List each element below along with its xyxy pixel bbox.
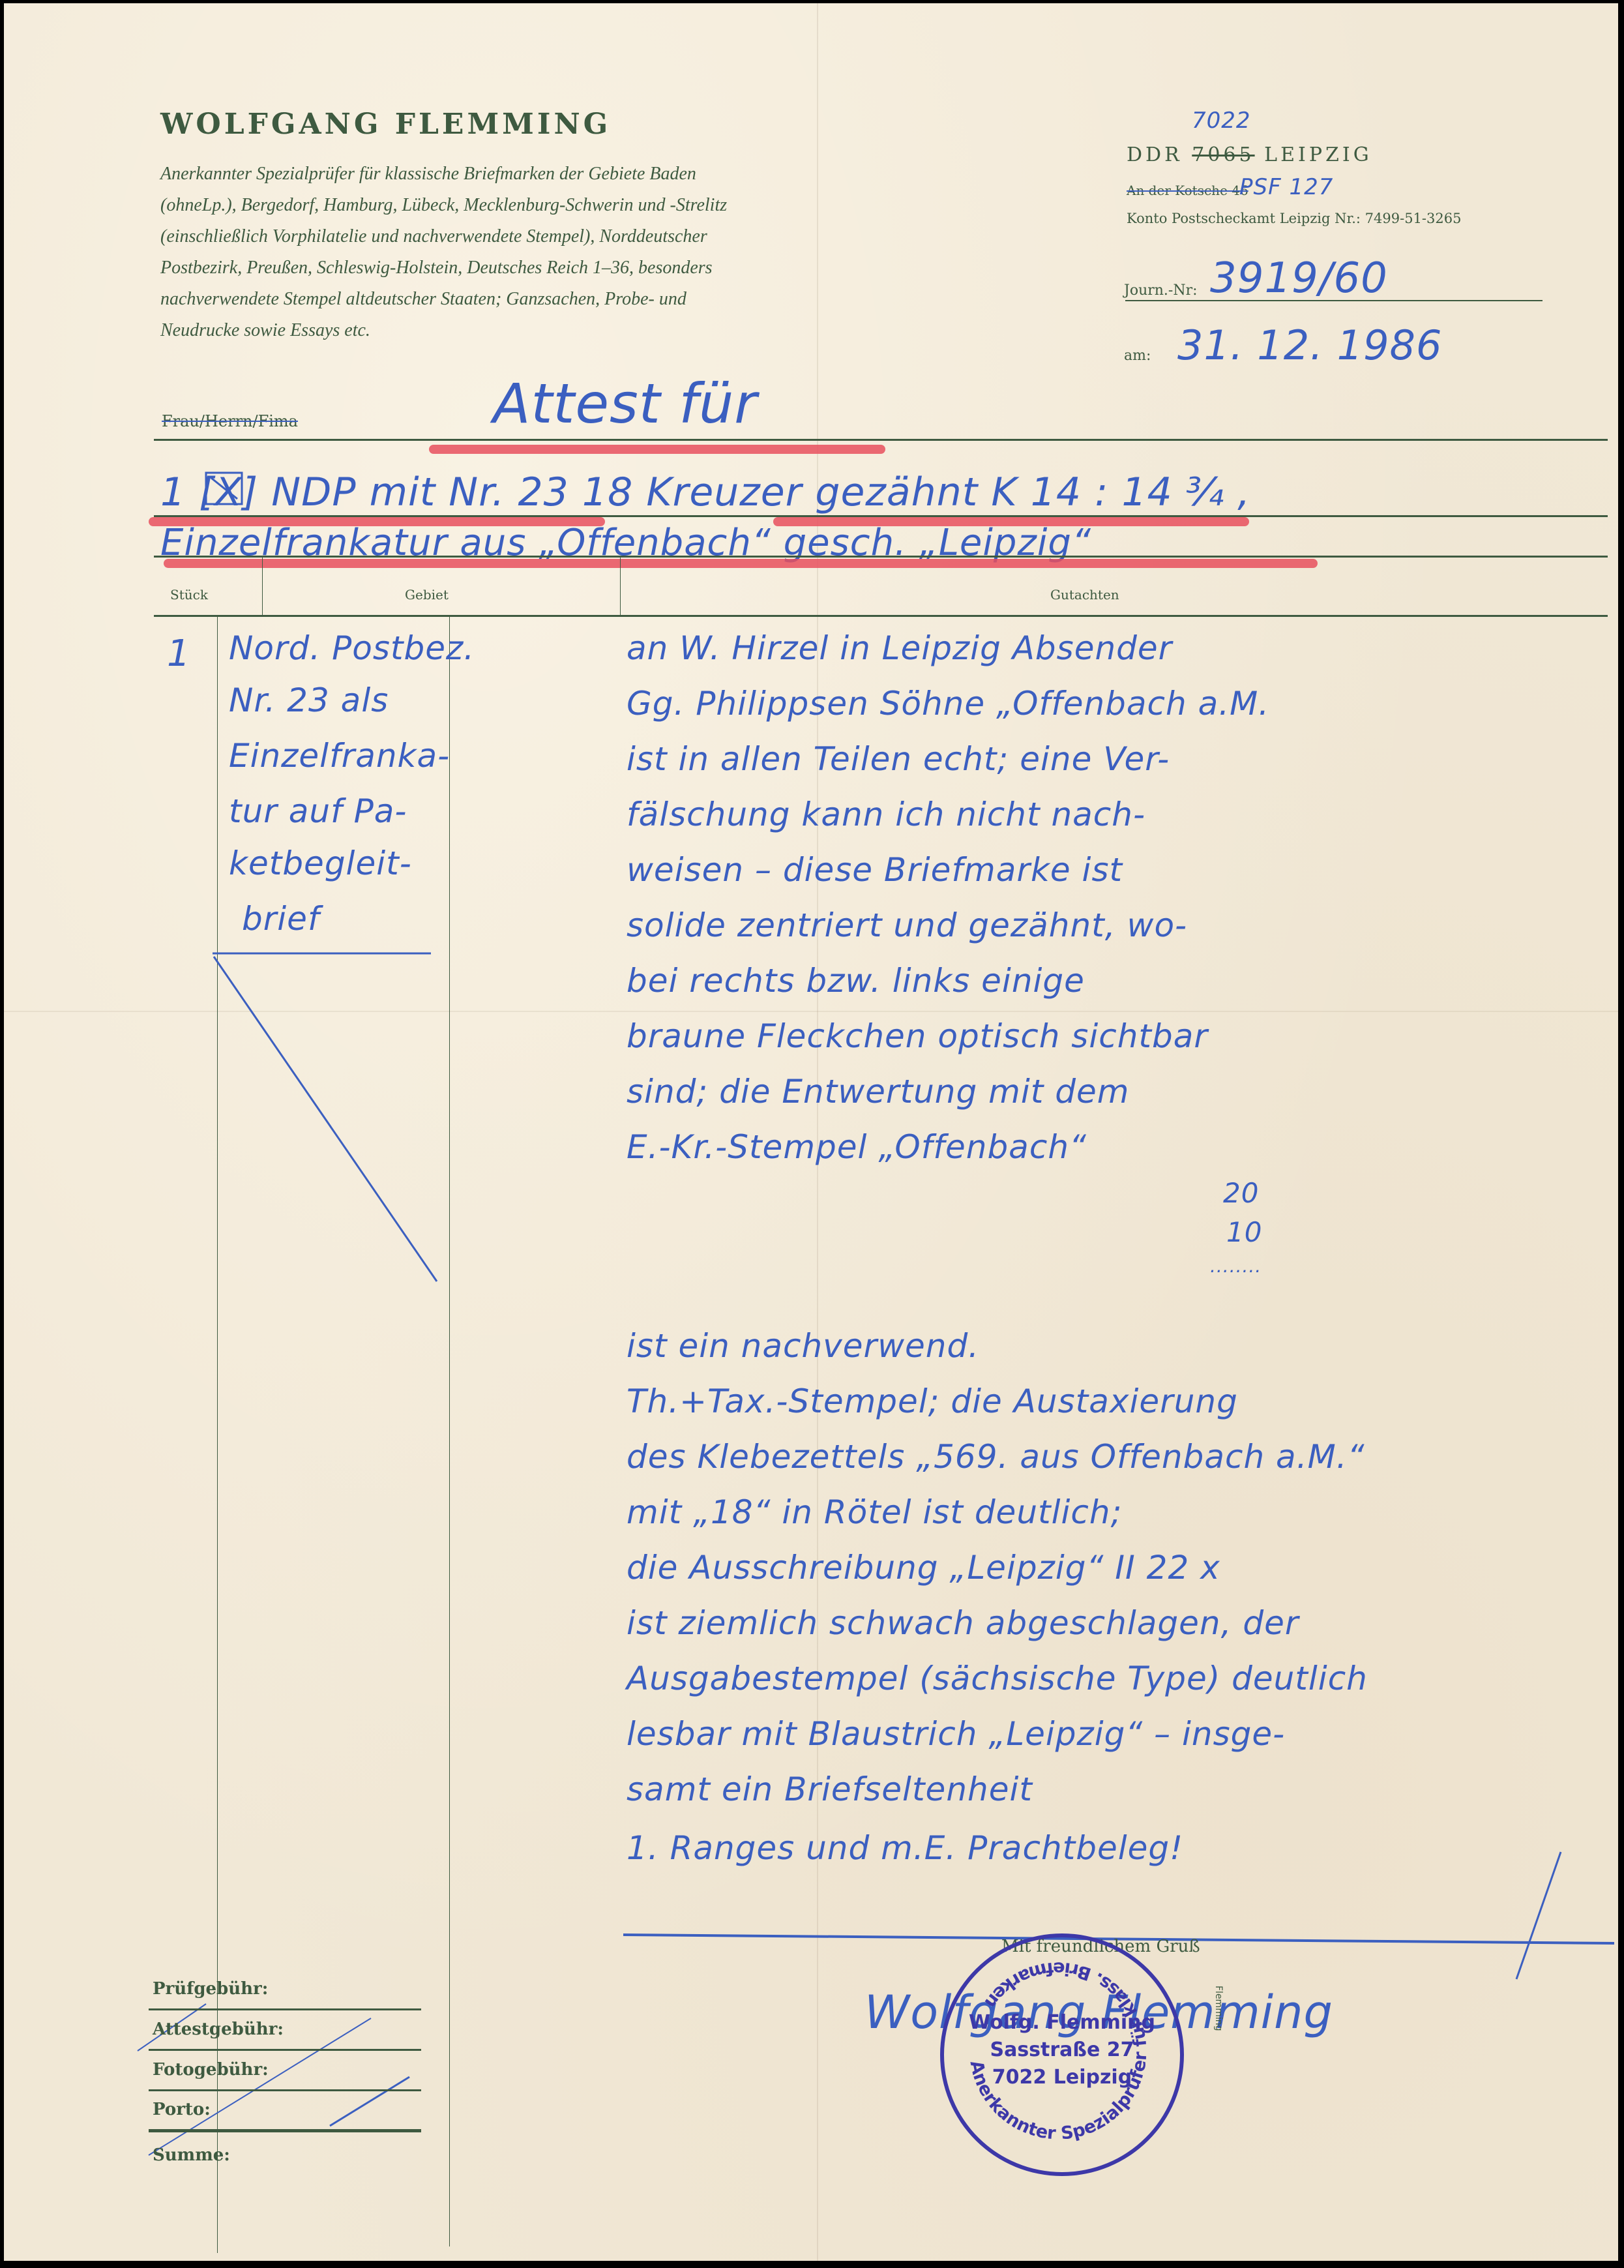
fee-pruefgebuehr: Prüfgebühr: [153, 1979, 268, 1999]
stamp-vertical-note: Flemming [1213, 1986, 1224, 2031]
fee-porto: Porto: [153, 2100, 211, 2119]
fee-rule [149, 2049, 421, 2051]
certificate-document: WOLFGANG FLEMMING Anerkannter Spezialprü… [4, 3, 1618, 2261]
stamp-address: Wolfg. Flemming Sasstraße 27 7022 Leipzi… [944, 2009, 1180, 2091]
stamp-city: 7022 Leipzig [944, 2064, 1180, 2091]
end-stroke [1516, 1852, 1561, 1979]
ink-strokes [4, 3, 1618, 2261]
fee-attestgebuehr: Attestgebühr: [153, 2020, 284, 2039]
gebiet-cancel-diagonal [214, 957, 437, 1281]
examiner-stamp: Anerkannter Spezialprüfer für klass. Bri… [940, 1933, 1184, 2176]
fee-rule-total [149, 2129, 421, 2132]
stamp-street: Sasstraße 27 [944, 2037, 1180, 2064]
fee-summe: Summe: [153, 2145, 230, 2165]
fees-cancel-line [330, 2077, 409, 2126]
stamp-name: Wolfg. Flemming [944, 2009, 1180, 2037]
fee-rule [149, 2008, 421, 2010]
fee-rule [149, 2089, 421, 2091]
fee-fotogebuehr: Fotogebühr: [153, 2060, 269, 2080]
